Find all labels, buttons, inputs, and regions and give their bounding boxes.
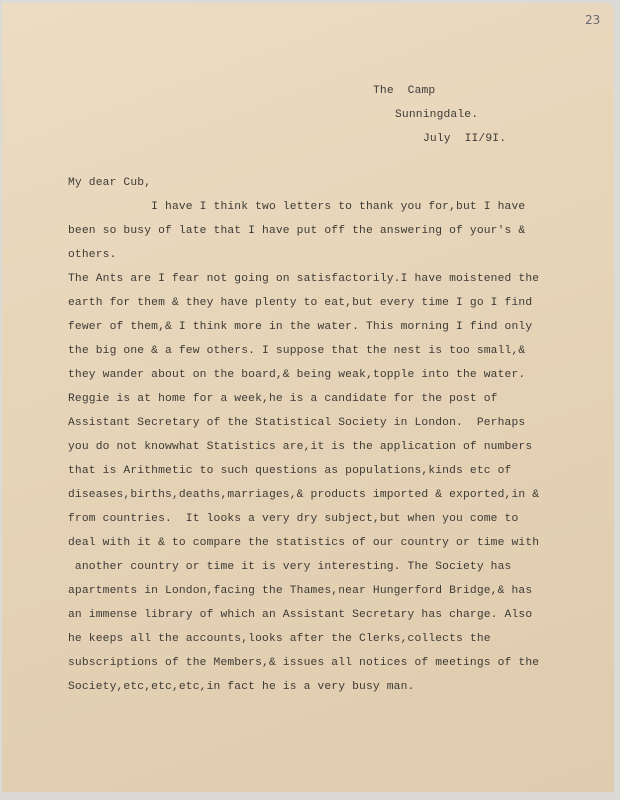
body-line: The Ants are I fear not going on satisfa… [68, 273, 539, 285]
body-line: you do not knowwhat Statistics are,it is… [68, 441, 532, 453]
body-line: others. [68, 249, 117, 261]
body-line: diseases,births,deaths,marriages,& produ… [68, 489, 539, 501]
body-line: that is Arithmetic to such questions as … [68, 465, 511, 477]
address-line-2: Sunningdale. [395, 109, 478, 121]
salutation: My dear Cub, [68, 177, 151, 189]
body-line: another country or time it is very inter… [68, 561, 511, 573]
page-number: 23 [585, 13, 600, 27]
letter-page: 23 The Camp Sunningdale. July II/9I. My … [2, 3, 614, 792]
body-line: an immense library of which an Assistant… [68, 609, 532, 621]
body-line: they wander about on the board,& being w… [68, 369, 525, 381]
body-line: apartments in London,facing the Thames,n… [68, 585, 532, 597]
body-line: deal with it & to compare the statistics… [68, 537, 539, 549]
address-line-1: The Camp [373, 85, 435, 97]
letter-date: July II/9I. [423, 133, 506, 145]
body-line: the big one & a few others. I suppose th… [68, 345, 525, 357]
body-line: been so busy of late that I have put off… [68, 225, 525, 237]
body-line: earth for them & they have plenty to eat… [68, 297, 532, 309]
body-line: I have I think two letters to thank you … [68, 201, 525, 213]
body-line: Assistant Secretary of the Statistical S… [68, 417, 525, 429]
body-line: fewer of them,& I think more in the wate… [68, 321, 532, 333]
body-line: subscriptions of the Members,& issues al… [68, 657, 539, 669]
body-line: Reggie is at home for a week,he is a can… [68, 393, 498, 405]
body-line: from countries. It looks a very dry subj… [68, 513, 518, 525]
body-line: he keeps all the accounts,looks after th… [68, 633, 491, 645]
body-line: Society,etc,etc,etc,in fact he is a very… [68, 681, 414, 693]
